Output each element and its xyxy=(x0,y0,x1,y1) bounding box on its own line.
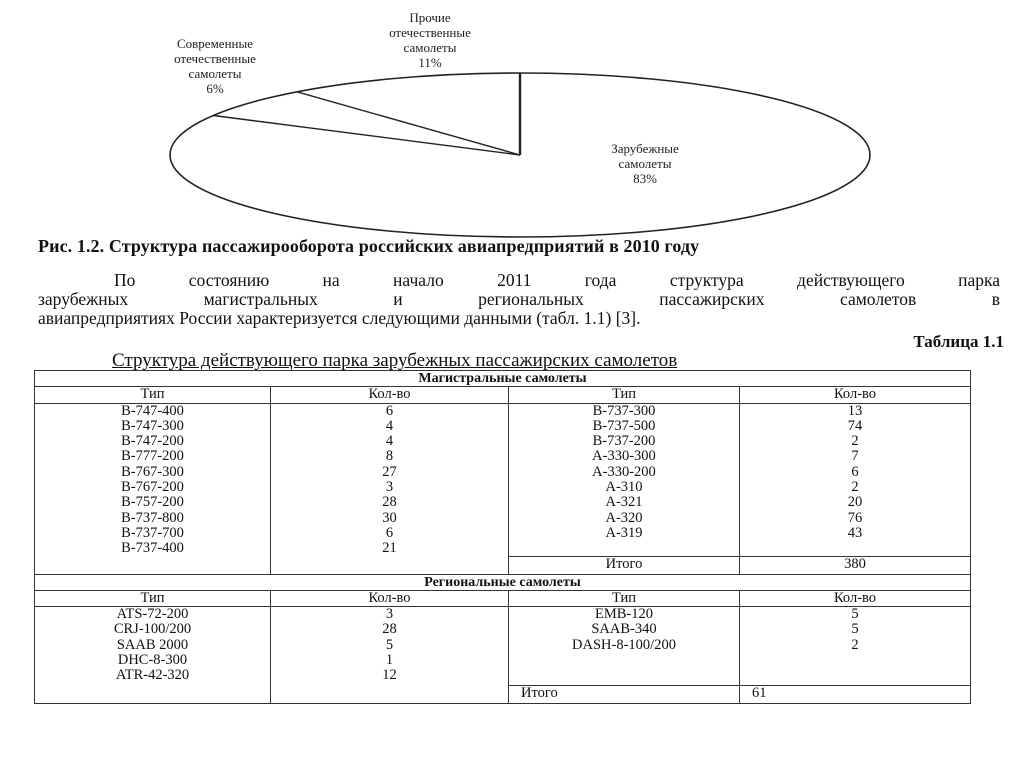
aircraft-count: 3 xyxy=(275,607,504,622)
mainline-right-counts: 13742762207643 xyxy=(740,403,971,556)
pie-label-other-domestic: Прочие отечественные самолеты 11% xyxy=(345,10,515,70)
mainline-left-counts: 64482732830621 xyxy=(271,403,509,574)
column-header-count: Кол-во xyxy=(271,590,509,606)
aircraft-count: 21 xyxy=(275,541,504,556)
aircraft-count: 12 xyxy=(275,668,504,683)
aircraft-count: 4 xyxy=(275,434,504,449)
column-header-type: Тип xyxy=(509,387,740,403)
aircraft-count: 30 xyxy=(275,511,504,526)
table-title: Структура действующего парка зарубежных … xyxy=(112,350,677,372)
section-row-mainline: Магистральные самолеты xyxy=(35,371,971,387)
aircraft-count: 28 xyxy=(275,495,504,510)
aircraft-type: A-321 xyxy=(513,495,735,510)
aircraft-type: B-737-400 xyxy=(39,541,266,556)
pie-slice-boundary xyxy=(213,115,520,155)
aircraft-type: SAAB 2000 xyxy=(39,638,266,653)
aircraft-type: SAAB-340 xyxy=(513,622,735,637)
aircraft-count: 74 xyxy=(744,419,966,434)
aircraft-type: DASH-8-100/200 xyxy=(513,638,735,653)
aircraft-type: B-777-200 xyxy=(39,449,266,464)
aircraft-type: A-310 xyxy=(513,480,735,495)
regional-right-counts: 552 xyxy=(740,607,971,686)
aircraft-type: ATR-42-320 xyxy=(39,668,266,683)
table-number: Таблица 1.1 xyxy=(913,332,1004,352)
table-row: B-747-400B-747-300B-747-200B-777-200B-76… xyxy=(35,403,971,556)
aircraft-count: 4 xyxy=(275,419,504,434)
aircraft-count: 5 xyxy=(275,638,504,653)
aircraft-type: B-747-200 xyxy=(39,434,266,449)
aircraft-count: 43 xyxy=(744,526,966,541)
aircraft-count: 6 xyxy=(744,465,966,480)
aircraft-count: 7 xyxy=(744,449,966,464)
section-title-regional: Региональные самолеты xyxy=(35,574,971,590)
aircraft-count: 20 xyxy=(744,495,966,510)
column-header-type: Тип xyxy=(35,387,271,403)
aircraft-count: 76 xyxy=(744,511,966,526)
regional-left-counts: 3285112 xyxy=(271,607,509,704)
aircraft-type: ATS-72-200 xyxy=(39,607,266,622)
aircraft-count: 8 xyxy=(275,449,504,464)
mainline-right-types: B-737-300B-737-500B-737-200A-330-300A-33… xyxy=(509,403,740,556)
paragraph-line: По состоянию на начало 2011 года структу… xyxy=(38,271,1000,290)
aircraft-type: A-320 xyxy=(513,511,735,526)
column-header-type: Тип xyxy=(35,590,271,606)
aircraft-type: B-757-200 xyxy=(39,495,266,510)
aircraft-type: B-747-300 xyxy=(39,419,266,434)
column-header-count: Кол-во xyxy=(740,387,971,403)
aircraft-count: 6 xyxy=(275,526,504,541)
aircraft-type: CRJ-100/200 xyxy=(39,622,266,637)
total-value: 61 xyxy=(740,686,971,704)
aircraft-type: EMB-120 xyxy=(513,607,735,622)
fleet-table: Магистральные самолеты Тип Кол-во Тип Ко… xyxy=(34,370,971,704)
aircraft-type: B-737-500 xyxy=(513,419,735,434)
column-header-type: Тип xyxy=(509,590,740,606)
aircraft-count: 2 xyxy=(744,434,966,449)
total-label: Итого xyxy=(509,556,740,574)
aircraft-count: 3 xyxy=(275,480,504,495)
aircraft-count: 1 xyxy=(275,653,504,668)
aircraft-type: B-767-300 xyxy=(39,465,266,480)
aircraft-type: B-737-200 xyxy=(513,434,735,449)
regional-right-types: EMB-120SAAB-340DASH-8-100/200 xyxy=(509,607,740,686)
column-header-count: Кол-во xyxy=(740,590,971,606)
aircraft-count: 5 xyxy=(744,622,966,637)
table-row: ATS-72-200CRJ-100/200SAAB 2000DHC-8-300A… xyxy=(35,607,971,686)
aircraft-type: B-737-800 xyxy=(39,511,266,526)
pie-label-modern-domestic: Современные отечественные самолеты 6% xyxy=(130,36,300,96)
section-row-regional: Региональные самолеты xyxy=(35,574,971,590)
regional-left-types: ATS-72-200CRJ-100/200SAAB 2000DHC-8-300A… xyxy=(35,607,271,704)
aircraft-type: A-330-300 xyxy=(513,449,735,464)
aircraft-count: 27 xyxy=(275,465,504,480)
total-label: Итого xyxy=(509,686,740,704)
aircraft-count: 13 xyxy=(744,404,966,419)
aircraft-type: B-747-400 xyxy=(39,404,266,419)
pie-slice-boundary xyxy=(297,92,520,155)
aircraft-count: 28 xyxy=(275,622,504,637)
aircraft-type: B-737-700 xyxy=(39,526,266,541)
aircraft-type: A-319 xyxy=(513,526,735,541)
aircraft-type: B-767-200 xyxy=(39,480,266,495)
header-row: Тип Кол-во Тип Кол-во xyxy=(35,387,971,403)
column-header-count: Кол-во xyxy=(271,387,509,403)
paragraph-line: авиапредприятиях России характеризуется … xyxy=(38,309,1000,328)
section-title-mainline: Магистральные самолеты xyxy=(35,371,971,387)
aircraft-type: DHC-8-300 xyxy=(39,653,266,668)
figure-caption: Рис. 1.2. Структура пассажирооборота рос… xyxy=(38,236,1018,257)
body-paragraph: По состоянию на начало 2011 года структу… xyxy=(38,271,1000,328)
aircraft-type: B-737-300 xyxy=(513,404,735,419)
total-value: 380 xyxy=(740,556,971,574)
aircraft-count: 6 xyxy=(275,404,504,419)
aircraft-count: 2 xyxy=(744,480,966,495)
mainline-left-types: B-747-400B-747-300B-747-200B-777-200B-76… xyxy=(35,403,271,574)
aircraft-count: 2 xyxy=(744,638,966,653)
aircraft-count: 5 xyxy=(744,607,966,622)
header-row: Тип Кол-во Тип Кол-во xyxy=(35,590,971,606)
pie-label-foreign: Зарубежные самолеты 83% xyxy=(575,141,715,186)
aircraft-type: A-330-200 xyxy=(513,465,735,480)
paragraph-line: зарубежных магистральных и региональных … xyxy=(38,290,1000,309)
